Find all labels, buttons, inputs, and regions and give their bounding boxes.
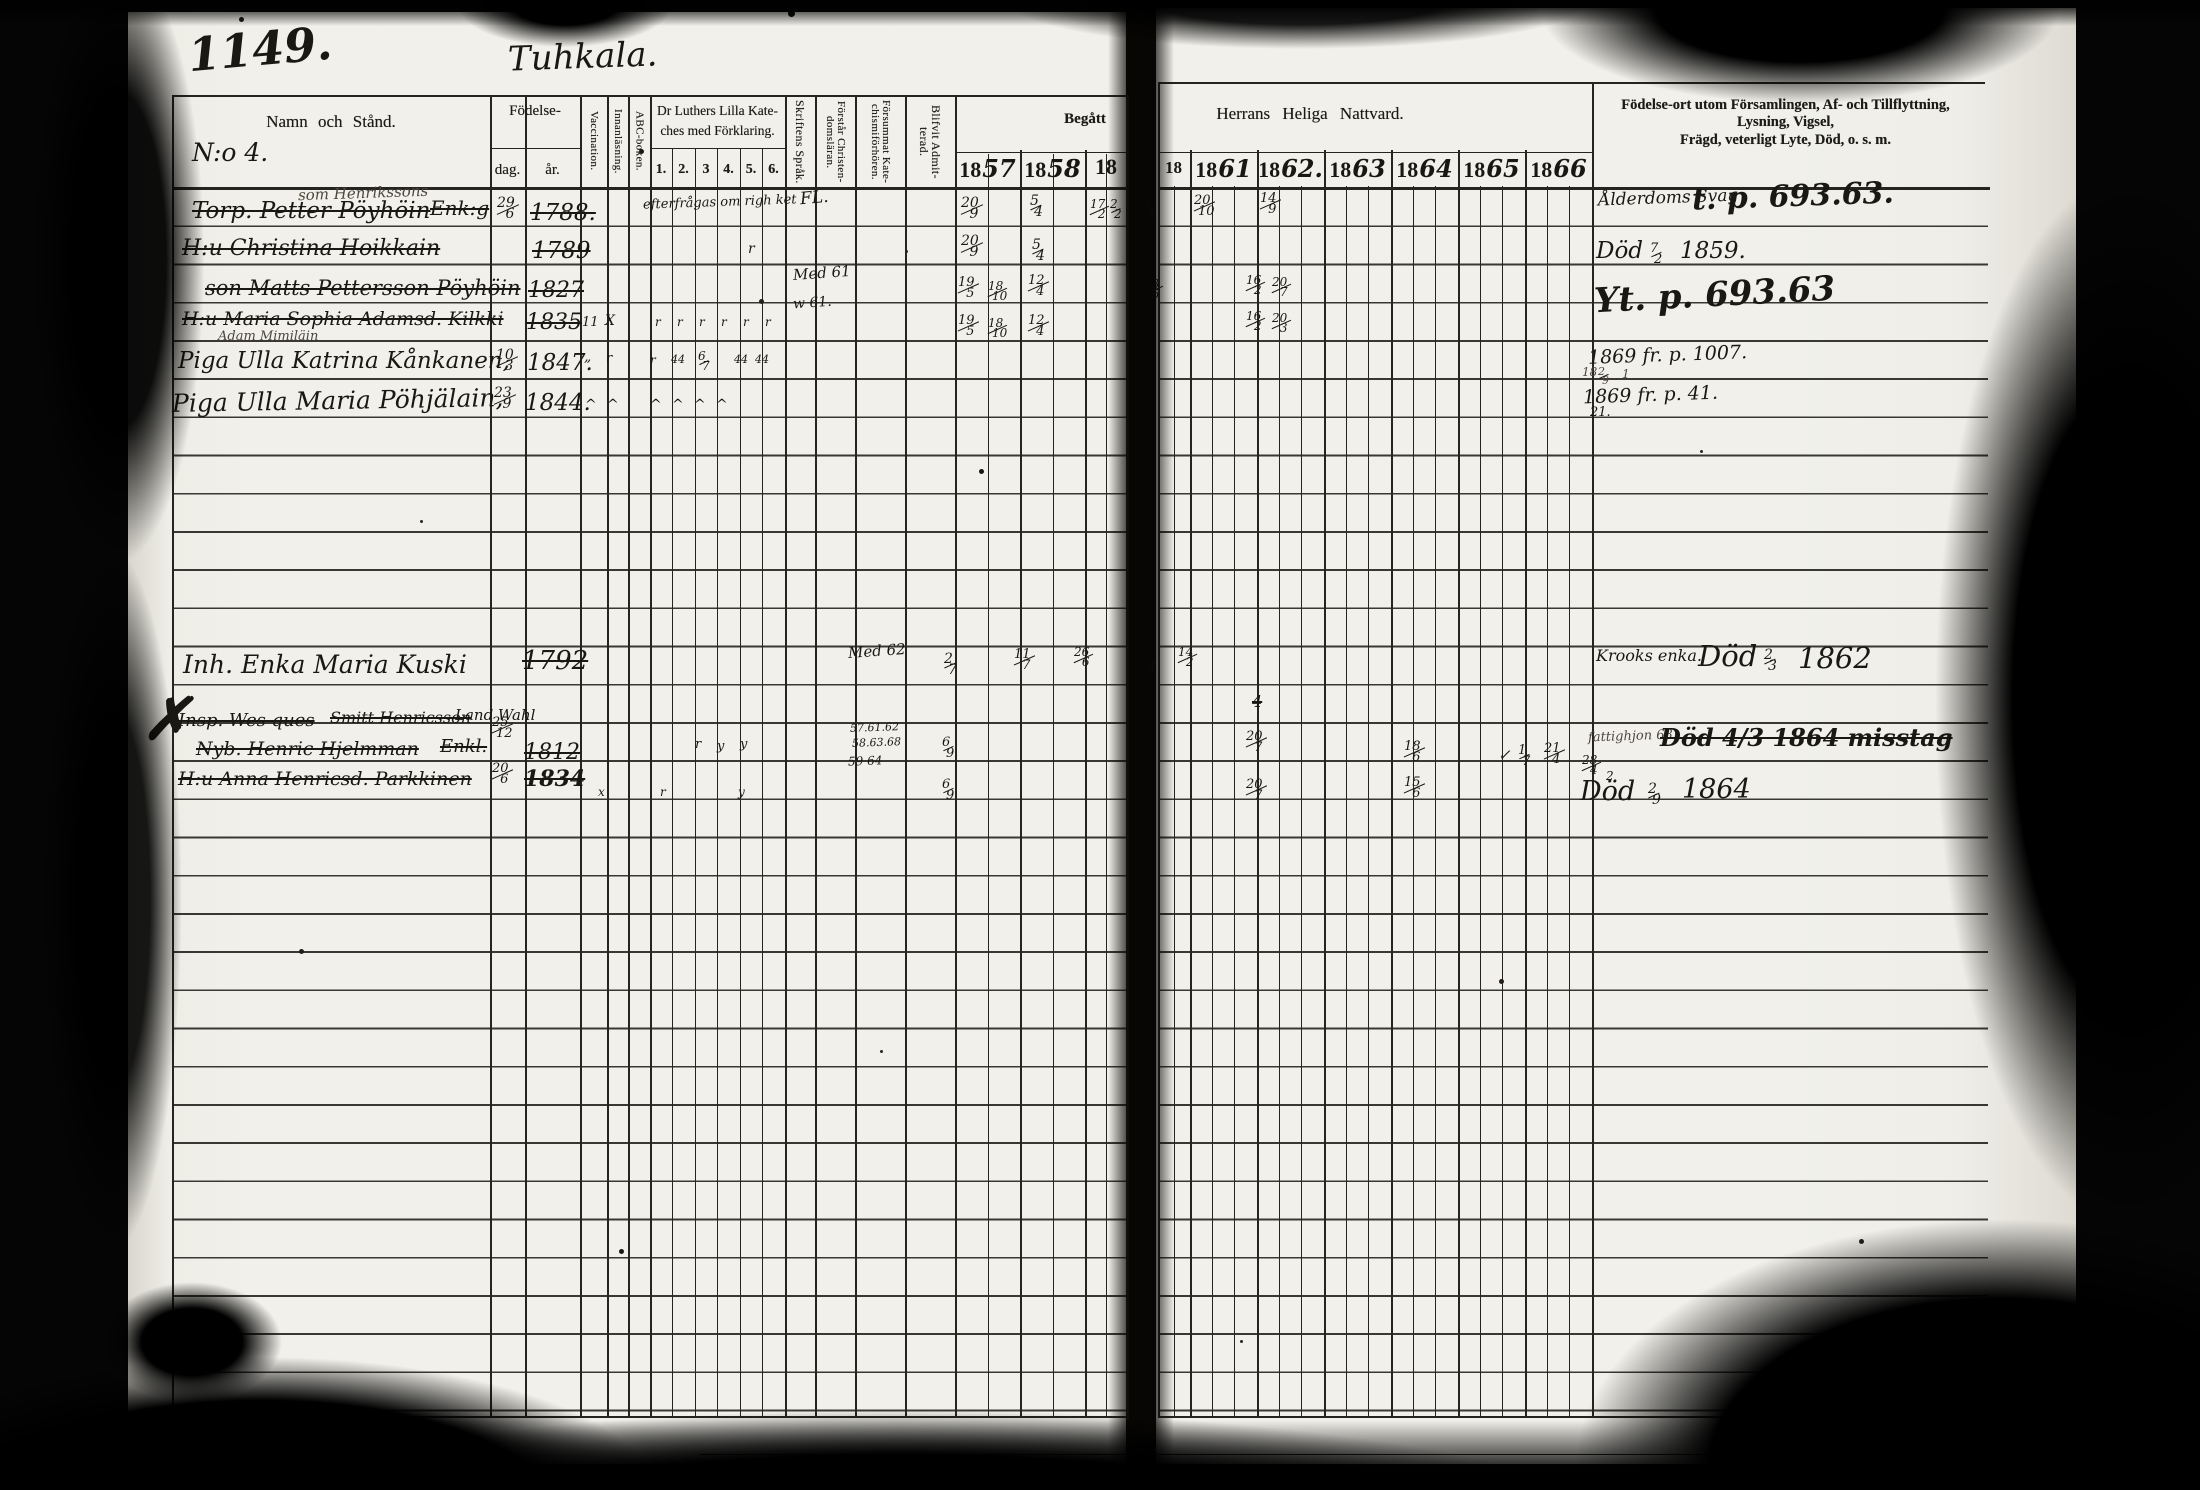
handwritten-entry: ^ xyxy=(650,398,662,412)
handwritten-entry: y xyxy=(717,740,724,753)
handwritten-date-fraction: 117 xyxy=(1016,648,1033,671)
handwritten-entry: Med 61 xyxy=(793,264,852,283)
year-printed: 18 xyxy=(1095,154,1117,180)
grid-line-vertical xyxy=(1435,186,1436,1416)
handwritten-entry: 44 xyxy=(755,354,769,365)
handwritten-date-fraction: 69 xyxy=(944,778,952,801)
handwritten-date-fraction: 29 xyxy=(1600,366,1607,385)
year-printed: 18 xyxy=(1530,157,1552,183)
handwritten-entry: 1862 xyxy=(1798,644,1872,673)
handwritten-date-fraction: 2010 xyxy=(1196,194,1213,217)
grid-line-vertical xyxy=(650,95,652,1416)
grid-line-vertical xyxy=(695,148,696,1416)
handwritten-entry: 59 64 xyxy=(848,754,883,767)
col-header-admitted: Blifvit Admit- terad. xyxy=(905,98,955,186)
grid-line-vertical xyxy=(815,95,817,1416)
year-column-1866: 1866 xyxy=(1525,154,1592,183)
handwritten-date-fraction: 23 xyxy=(1766,648,1775,673)
handwritten-date-fraction: 195 xyxy=(960,314,977,337)
year-handwritten: 65 xyxy=(1486,154,1519,183)
year-handwritten: 64 xyxy=(1419,154,1452,183)
grid-line-vertical xyxy=(1301,186,1302,1416)
catechism-col-1: 1. xyxy=(650,158,672,182)
handwritten-entry: Död xyxy=(1580,778,1635,805)
handwritten-date-fraction: 206 xyxy=(494,762,511,785)
col-header-understands-doctrine: Förstår Christen- domsläran. xyxy=(815,98,855,186)
catechism-col-3: 3 xyxy=(695,158,717,182)
grid-line-horizontal xyxy=(700,1454,2000,1455)
grid-line-vertical xyxy=(1020,150,1022,1416)
year-column-1863: 1863 xyxy=(1324,154,1391,183)
grid-line-vertical xyxy=(1525,150,1527,1416)
handwritten-date-fraction: 22 xyxy=(1112,198,1120,220)
handwritten-entry: 4 xyxy=(1252,694,1262,710)
handwritten-date-fraction: 29 xyxy=(1650,782,1659,807)
grid-line-vertical xyxy=(717,148,718,1416)
year-column-1864: 1864 xyxy=(1391,154,1458,183)
page-number: 1149. xyxy=(186,20,334,78)
handwritten-entry: Med 62 xyxy=(848,642,907,661)
grid-line-vertical xyxy=(1234,186,1235,1416)
year-handwritten: 57 xyxy=(982,154,1015,183)
handwritten-entry: H:u Anna Henricsd. Parkkinen xyxy=(178,770,472,789)
year-column-1865: 1865 xyxy=(1458,154,1525,183)
handwritten-entry: 1864 xyxy=(1682,776,1751,803)
handwritten-date-fraction: 124 xyxy=(1030,274,1047,297)
handwritten-entry: Inh. Enka Maria Kuski xyxy=(183,652,467,677)
year-column-18-blank-right: 18 xyxy=(1158,158,1190,178)
grid-line-vertical xyxy=(905,95,907,1416)
year-handwritten: 58 xyxy=(1047,154,1080,183)
col-header-notes-line2: Frägd, veterligt Lyte, Död, o. s. m. xyxy=(1598,130,1973,150)
year-printed: 18 xyxy=(1024,157,1046,183)
year-handwritten: 66 xyxy=(1553,154,1586,183)
handwritten-date-fraction: 296 xyxy=(499,196,517,221)
handwritten-date-fraction: 54 xyxy=(1034,238,1043,263)
handwritten-date-fraction: 135 xyxy=(1146,278,1161,300)
handwritten-entry: 1847. xyxy=(527,352,593,375)
handwritten-date-fraction: 209 xyxy=(963,234,981,259)
handwritten-date-fraction: 149 xyxy=(1262,192,1279,215)
grid-line-vertical xyxy=(628,95,630,1416)
handwritten-entry: r xyxy=(650,354,656,366)
handwritten-entry: ^ xyxy=(694,398,706,412)
grid-line-vertical xyxy=(1085,150,1087,1416)
handwritten-date-fraction: 214 xyxy=(1546,742,1563,765)
handwritten-entry: r xyxy=(695,738,701,751)
col-header-scripture-language: Skriftens Språk. xyxy=(785,98,815,186)
handwritten-date-fraction: 209 xyxy=(963,196,981,221)
handwritten-date-fraction: 284 xyxy=(1584,754,1599,776)
year-printed: 18 xyxy=(1195,157,1217,183)
grid-line-vertical xyxy=(172,95,174,1416)
handwritten-date-fraction: 1810 xyxy=(990,280,1005,302)
handwritten-entry: ✓ xyxy=(1498,748,1511,763)
handwritten-entry: 11 xyxy=(582,316,599,329)
year-printed: 18 xyxy=(1258,157,1280,183)
handwritten-entry: ^ xyxy=(716,398,728,412)
col-header-birth-day: dag. xyxy=(490,158,525,182)
handwritten-entry: Insp. Wes ques xyxy=(178,712,315,730)
handwritten-entry: Krooks enka. xyxy=(1596,648,1702,664)
handwritten-entry: 1792 xyxy=(522,648,588,674)
col-header-catechism-line2: ches med Förklaring. xyxy=(650,122,785,140)
col-header-reading: Innanläsning. xyxy=(607,98,628,184)
handwritten-entry: ^ xyxy=(607,398,619,412)
handwritten-entry: t. p. 693.63. xyxy=(1692,178,1895,215)
year-handwritten: 63 xyxy=(1352,154,1385,183)
handwritten-entry: 58.63.68 xyxy=(852,736,901,749)
handwritten-entry: w 61. xyxy=(793,295,833,312)
grid-line-vertical xyxy=(1190,150,1192,1416)
col-header-catechism-line1: Dr Luthers Lilla Kate- xyxy=(650,102,785,120)
handwritten-entry: r xyxy=(748,242,755,256)
catechism-col-6: 6. xyxy=(762,158,785,182)
grid-line-vertical xyxy=(740,148,741,1416)
year-printed: 18 xyxy=(1329,157,1351,183)
handwritten-date-fraction: 124 xyxy=(1030,314,1047,337)
handwritten-entry: r xyxy=(699,316,705,328)
col-header-missed-examinations: Försummat Kate- chismiförhören. xyxy=(855,98,905,186)
page-title-village: Tuhkala. xyxy=(507,37,657,76)
handwritten-entry: r xyxy=(765,316,771,328)
col-header-name: Namn och Stånd. xyxy=(172,108,490,136)
handwritten-entry: Död xyxy=(1698,642,1757,671)
grid-line-horizontal xyxy=(140,1416,1126,1418)
grid-line-vertical xyxy=(1547,186,1548,1416)
handwritten-entry: 57.61.62 xyxy=(850,721,899,734)
handwritten-entry: r xyxy=(655,316,661,328)
grid-line-vertical xyxy=(1391,150,1393,1416)
grid-line-vertical xyxy=(1279,186,1280,1416)
record-number: N:o 4. xyxy=(192,140,268,165)
handwritten-entry: H:u Maria Sophia Adamsd. Kilkki xyxy=(182,310,504,329)
col-header-birth: Födelse- xyxy=(490,100,580,122)
handwritten-date-fraction: 266 xyxy=(1076,646,1091,668)
handwritten-entry: Piga Ulla Maria Pöhjälain, xyxy=(172,385,504,416)
scanned-parish-register-spread: 1149. Tuhkala. N:o 4. Namn och Stånd. Fö… xyxy=(0,0,2200,1490)
grid-line-vertical xyxy=(785,95,787,1416)
handwritten-date-fraction: 54 xyxy=(1032,194,1041,219)
handwritten-entry: 1835 xyxy=(526,312,582,334)
handwritten-date-fraction: 207 xyxy=(1248,730,1265,753)
catechism-col-2: 2. xyxy=(672,158,695,182)
handwritten-entry: Enk:g xyxy=(430,198,489,218)
grid-line-vertical xyxy=(1368,186,1369,1416)
handwritten-entry: H:u Christina Hoikkain xyxy=(182,238,440,260)
year-column-1861: 1861 xyxy=(1190,154,1257,183)
handwritten-date-fraction: 162 xyxy=(1248,274,1263,296)
handwritten-date-fraction: 27 xyxy=(946,652,955,677)
year-column-1858: 1858 xyxy=(1020,154,1085,183)
handwritten-entry: FL. xyxy=(799,189,829,208)
handwritten-date-fraction: 72 xyxy=(1652,242,1660,265)
handwritten-entry: Piga Ulla Katrina Kånkanen, xyxy=(178,350,510,373)
year-printed: 18 xyxy=(1165,158,1182,178)
handwritten-entry: 1788. xyxy=(530,202,596,225)
handwritten-entry: r xyxy=(606,352,612,365)
handwritten-entry: 1812 xyxy=(524,742,580,764)
grid-line-horizontal xyxy=(650,148,785,149)
handwritten-entry: 1869 fr. p. 41. xyxy=(1583,384,1719,408)
catechism-col-5: 5. xyxy=(740,158,762,182)
handwritten-entry: 1834 xyxy=(524,768,585,790)
col-header-communion: Herrans Heliga Nattvard. xyxy=(1150,102,1470,126)
year-printed: 18 xyxy=(1463,157,1485,183)
col-header-abc-book: ABC-boken. xyxy=(628,98,650,184)
grid-line-vertical xyxy=(1324,150,1326,1416)
handwritten-entry: y xyxy=(738,786,745,798)
handwritten-date-fraction: 69 xyxy=(944,736,952,759)
grid-line-vertical xyxy=(1106,154,1107,1416)
handwritten-date-fraction: 103 xyxy=(498,348,516,373)
grid-line-vertical xyxy=(1480,186,1481,1416)
grid-line-vertical xyxy=(1053,154,1054,1416)
year-handwritten: 62. xyxy=(1281,154,1323,183)
handwritten-date-fraction: 239 xyxy=(496,386,514,411)
handwritten-date-fraction: 172 xyxy=(1092,198,1107,220)
handwritten-entry: r xyxy=(677,316,683,328)
grid-line-vertical xyxy=(1212,186,1213,1416)
grid-line-horizontal xyxy=(1158,82,1985,84)
year-handwritten: 61 xyxy=(1218,154,1251,183)
handwritten-entry: Nyb. Henric Hjelmman xyxy=(196,740,419,759)
handwritten-date-fraction: 186 xyxy=(1406,740,1423,763)
handwritten-date-fraction: 195 xyxy=(960,276,977,299)
grid-line-vertical xyxy=(1569,186,1570,1416)
year-column-1862: 1862. xyxy=(1257,154,1324,183)
handwritten-entry: ^ xyxy=(672,398,684,412)
grid-line-vertical xyxy=(1346,186,1347,1416)
handwritten-entry: r xyxy=(743,316,749,328)
handwritten-entry: 1844. xyxy=(525,392,591,415)
handwritten-entry: ^ xyxy=(585,398,597,412)
year-printed: 18 xyxy=(959,157,981,183)
handwritten-date-fraction: 142 xyxy=(1180,646,1195,668)
grid-line-vertical xyxy=(607,95,609,1416)
handwritten-date-fraction: 2512 xyxy=(494,716,511,739)
grid-line-vertical xyxy=(955,95,957,1416)
grid-line-vertical xyxy=(1413,186,1414,1416)
handwritten-entry: r xyxy=(721,316,727,328)
grid-line-vertical xyxy=(1126,95,1129,1420)
handwritten-entry: Smitt Henricsson xyxy=(330,710,471,726)
handwritten-date-fraction: 156 xyxy=(1406,776,1423,799)
grid-line-vertical xyxy=(1458,150,1460,1416)
grid-line-horizontal xyxy=(172,95,1128,97)
handwritten-date-fraction: 203 xyxy=(1274,312,1289,334)
handwritten-entry: r xyxy=(660,786,666,798)
year-column-18-blank-left: 18 xyxy=(1085,154,1128,180)
handwritten-date-fraction: 1810 xyxy=(990,317,1005,339)
handwritten-date-fraction: 207 xyxy=(1274,276,1289,298)
handwritten-date-fraction: 41 xyxy=(1146,198,1154,220)
handwritten-entry: 44 xyxy=(734,354,748,365)
grid-line-vertical xyxy=(1174,186,1175,1416)
handwritten-entry: y xyxy=(740,738,747,751)
handwritten-entry: son Matts Pettersson Pöyhöin xyxy=(205,278,521,299)
handwritten-entry: 44 xyxy=(671,354,685,365)
handwritten-date-fraction: 162 xyxy=(1248,310,1263,332)
col-header-begatt: Begått xyxy=(1000,108,1170,130)
handwritten-date-fraction: 17 xyxy=(1520,744,1528,767)
col-header-notes-line1: Födelse-ort utom Församlingen, Af- och T… xyxy=(1598,104,1973,124)
handwritten-entry: 18 xyxy=(1582,366,1597,378)
year-column-1857: 1857 xyxy=(955,154,1020,183)
handwritten-date-fraction: 67 xyxy=(700,350,708,372)
year-printed: 18 xyxy=(1396,157,1418,183)
handwritten-entry: Torp. Petter Pöyhöin xyxy=(192,200,430,223)
grid-line-horizontal xyxy=(1158,1416,2040,1418)
handwritten-date-fraction: 207 xyxy=(1248,778,1265,801)
handwritten-entry: 1789 xyxy=(532,240,591,263)
grid-line-vertical xyxy=(988,154,989,1416)
col-header-vaccination: Vaccination. xyxy=(580,98,607,184)
handwritten-entry: „ xyxy=(584,350,591,364)
grid-line-vertical xyxy=(672,148,673,1416)
handwritten-entry: 21. xyxy=(1590,406,1611,419)
grid-line-vertical xyxy=(1502,186,1503,1416)
catechism-col-4: 4. xyxy=(717,158,740,182)
handwritten-entry: X xyxy=(605,314,615,328)
grid-line-horizontal xyxy=(490,148,580,149)
handwritten-date-fraction: 24 xyxy=(1146,652,1154,674)
handwritten-entry: 1827 xyxy=(528,280,584,302)
handwritten-entry: 1859. xyxy=(1680,240,1746,263)
grid-line-vertical xyxy=(762,148,763,1416)
handwritten-entry: x xyxy=(598,786,605,798)
handwritten-entry: Död 4/3 1864 misstag xyxy=(1660,726,1953,750)
handwritten-entry: Död xyxy=(1596,240,1643,263)
handwritten-entry: Enkl. xyxy=(440,738,487,756)
col-header-birth-year: år. xyxy=(525,158,580,182)
handwritten-entry: Adam Mimiläin xyxy=(218,330,318,343)
handwritten-entry: 1 xyxy=(1622,368,1630,380)
ink-specks xyxy=(0,0,3,3)
